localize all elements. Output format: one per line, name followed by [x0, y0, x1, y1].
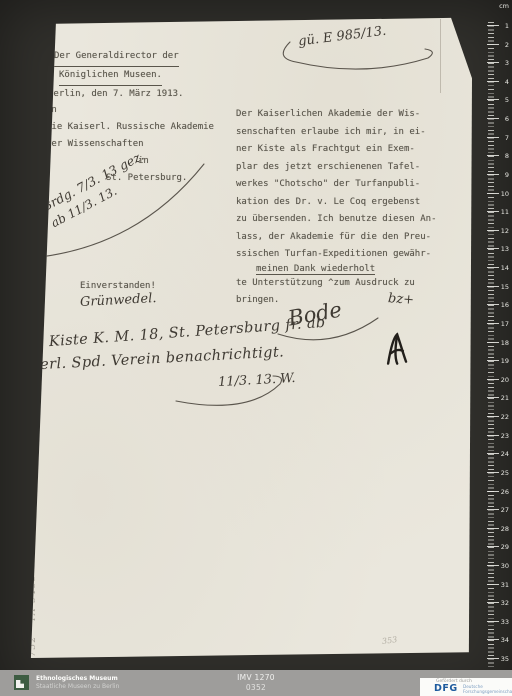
registry-number-handwritten: gü. E 985/13. [297, 24, 387, 50]
ruler-cm-tick [487, 509, 499, 510]
scan-viewer: Der Generaldirector derKöniglichen Musee… [0, 0, 512, 696]
ruler-number: 23 [495, 432, 509, 440]
ruler-number: 19 [495, 357, 509, 365]
museum-subtitle: Staatliche Museen zu Berlin [36, 683, 119, 691]
dfg-name-line2: Forschungsgemeinschaft [463, 689, 512, 694]
pencil-page-number: 353 [381, 635, 397, 646]
ruler-number: 29 [495, 543, 509, 551]
footer-bar: Ethnologisches Museum Staatliche Museen … [0, 670, 512, 696]
typed-header-line: An [46, 102, 214, 119]
ruler-cm-tick [487, 174, 499, 175]
ruler-number: 11 [495, 208, 509, 216]
ruler-unit-label: cm [499, 2, 509, 10]
ruler-number: 6 [495, 115, 509, 123]
ruler-cm-tick [487, 248, 499, 249]
ruler-cm-tick [487, 193, 499, 194]
ruler-number: 35 [495, 655, 509, 663]
ruler-number: 27 [495, 506, 509, 514]
ruler-cm-tick [487, 211, 499, 212]
ruler-cm-tick [487, 360, 499, 361]
ruler-cm-tick [487, 267, 499, 268]
ruler-cm-tick [487, 435, 499, 436]
ruler-cm-tick [487, 546, 499, 547]
dfg-funding-badge: Gefördert durch DFG Deutsche Forschungsg… [420, 678, 512, 696]
museum-credit: Ethnologisches Museum Staatliche Museen … [36, 675, 119, 691]
ruler-cm-tick [487, 81, 499, 82]
signature-gruenwedel: Grünwedel. [80, 291, 157, 310]
ruler-number: 22 [495, 413, 509, 421]
typed-header-line: der Wissenschaften [46, 136, 214, 153]
ruler-number: 15 [495, 283, 509, 291]
typed-header-line: Der Generaldirector der [46, 48, 214, 67]
ruler-number: 13 [495, 245, 509, 253]
ruler-number: 20 [495, 376, 509, 384]
ruler-number: 1 [495, 22, 509, 30]
ruler-mm-ticks [488, 22, 494, 674]
ruler-cm-tick [487, 342, 499, 343]
typed-body-line: plar des jetzt erschienenen Tafel- [236, 159, 436, 177]
ruler-cm-tick [487, 62, 499, 63]
ruler-cm-tick [487, 453, 499, 454]
object-id-line1: IMV 1270 [237, 673, 275, 683]
ruler-number: 14 [495, 264, 509, 272]
ruler-number: 18 [495, 339, 509, 347]
object-id-line2: 0352 [237, 683, 275, 693]
dfg-logo: DFG [434, 683, 458, 694]
shipping-note-date: 11/3. 13. W. [218, 371, 296, 390]
ruler-number: 12 [495, 227, 509, 235]
ruler-cm-tick [487, 565, 499, 566]
ruler-cm-tick [487, 491, 499, 492]
ruler-cm-tick [487, 658, 499, 659]
ruler-number: 30 [495, 562, 509, 570]
letter-body: Der Kaiserlichen Akademie der Wis-sensch… [236, 106, 436, 310]
ruler-cm-tick [487, 44, 499, 45]
ruler-number: 4 [495, 78, 509, 86]
ruler-number: 10 [495, 190, 509, 198]
monogram-scribble [385, 334, 406, 365]
ruler-number: 34 [495, 636, 509, 644]
ruler-cm-tick [487, 416, 499, 417]
ruler-cm-tick [487, 155, 499, 156]
ruler-cm-tick [487, 584, 499, 585]
museum-name: Ethnologisches Museum [36, 675, 119, 683]
ruler-number: 3 [495, 59, 509, 67]
ruler-number: 26 [495, 488, 509, 496]
ruler-cm-tick [487, 528, 499, 529]
ruler-cm-tick [487, 25, 499, 26]
ruler-cm-tick [487, 639, 499, 640]
ruler-number: 5 [495, 96, 509, 104]
ruler-cm-tick [487, 99, 499, 100]
typed-body-line: zu übersenden. Ich benutze diesen An- [236, 211, 436, 229]
typed-header-line: die Kaiserl. Russische Akademie [46, 119, 214, 136]
ruler-cm-tick [487, 230, 499, 231]
ruler-cm-tick [487, 286, 499, 287]
typed-body-line: kation des Dr. v. Le Coq ergebenst [236, 194, 436, 212]
ruler-cm-tick [487, 118, 499, 119]
ruler-cm-tick [487, 137, 499, 138]
ruler-cm-tick [487, 472, 499, 473]
paper-crease [440, 19, 441, 93]
ruler-number: 2 [495, 41, 509, 49]
typed-body-line: senschaften erlaube ich mir, in ei- [236, 124, 436, 142]
ruler-number: 9 [495, 171, 509, 179]
museum-logo-icon [14, 675, 29, 690]
typed-header-line: Königlichen Museen. [46, 67, 214, 86]
typed-body-line: Der Kaiserlichen Akademie der Wis- [236, 106, 436, 124]
typed-body-line: ssischen Turfan-Expeditionen gewähr- [236, 246, 436, 264]
cm-ruler: cm 1234567891011121314151617181920212223… [482, 0, 512, 696]
pencil-inventory-number: 4732 TA 3485 [28, 574, 38, 664]
typed-header-line: Berlin, den 7. März 1913. [46, 86, 214, 103]
ruler-number: 25 [495, 469, 509, 477]
ruler-number: 21 [495, 394, 509, 402]
typed-body-line: meinen Dank wiederholt [236, 264, 436, 275]
dfg-full-name: Deutsche Forschungsgemeinschaft [463, 684, 512, 694]
ruler-number: 24 [495, 450, 509, 458]
ruler-cm-tick [487, 621, 499, 622]
ruler-number: 17 [495, 320, 509, 328]
approval-text: Einverstanden! [80, 281, 156, 291]
ruler-cm-tick [487, 304, 499, 305]
ruler-number: 33 [495, 618, 509, 626]
typed-body-line: lass, der Akademie für die den Preu- [236, 229, 436, 247]
typed-body-line: ner Kiste als Frachtgut ein Exem- [236, 141, 436, 159]
typed-body-line: werkes "Chotscho" der Turfanpubli- [236, 176, 436, 194]
typed-body-line: te Unterstützung ^zum Ausdruck zu [236, 275, 436, 293]
letter-page: Der Generaldirector derKöniglichen Musee… [26, 16, 472, 658]
ruler-number: 28 [495, 525, 509, 533]
ruler-number: 8 [495, 152, 509, 160]
ruler-cm-tick [487, 602, 499, 603]
ruler-number: 16 [495, 301, 509, 309]
initials-annotation: bz+ [388, 291, 415, 308]
ruler-number: 7 [495, 134, 509, 142]
ruler-cm-tick [487, 379, 499, 380]
ruler-cm-tick [487, 323, 499, 324]
object-id: IMV 1270 0352 [237, 673, 275, 693]
ruler-cm-tick [487, 397, 499, 398]
ruler-number: 32 [495, 599, 509, 607]
ruler-number: 31 [495, 581, 509, 589]
